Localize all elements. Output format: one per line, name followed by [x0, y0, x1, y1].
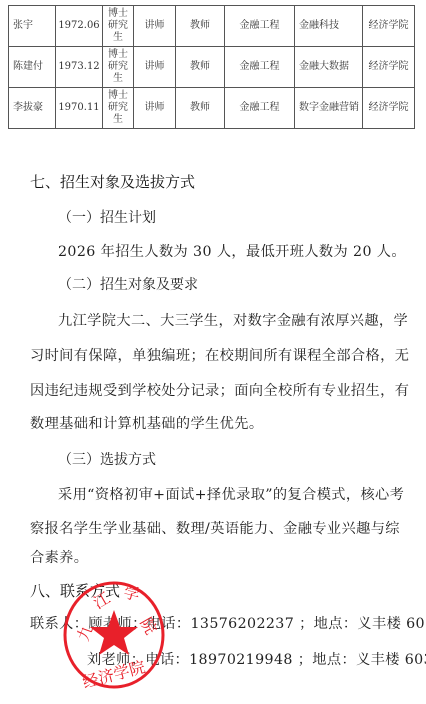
sub3-line: 察报名学生学业基础、数理/英语能力、金融专业兴趣与综: [30, 518, 400, 538]
cell-major: 金融工程: [225, 6, 295, 47]
cell-major: 金融工程: [225, 88, 295, 129]
cell-name: 陈建付: [9, 47, 56, 88]
star-icon: [90, 610, 138, 655]
cell-birth: 1973.12: [56, 47, 103, 88]
sub3-heading: （三）选拔方式: [58, 449, 156, 469]
cell-course: 金融科技: [295, 6, 363, 47]
faculty-table: 张宇 1972.06 博士研究生 讲师 教师 金融工程 金融科技 经济学院 陈建…: [8, 5, 415, 129]
cell-position: 教师: [176, 6, 225, 47]
sub3-line: 合素养。: [30, 547, 88, 567]
cell-degree: 博士研究生: [103, 47, 134, 88]
cell-position: 教师: [176, 88, 225, 129]
svg-text:院: 院: [136, 614, 160, 637]
table-row: 陈建付 1973.12 博士研究生 讲师 教师 金融工程 金融大数据 经济学院: [9, 47, 415, 88]
cell-major: 金融工程: [225, 47, 295, 88]
cell-degree: 博士研究生: [103, 88, 134, 129]
cell-title: 讲师: [134, 47, 176, 88]
cell-course: 数字金融营销: [295, 88, 363, 129]
section7-heading: 七、招生对象及选拔方式: [30, 171, 195, 192]
sub1-heading: （一）招生计划: [58, 207, 156, 227]
cell-position: 教师: [176, 47, 225, 88]
sub2-line: 数理基础和计算机基础的学生优先。: [30, 413, 263, 433]
cell-name: 李拔豪: [9, 88, 56, 129]
cell-name: 张宇: [9, 6, 56, 47]
cell-title: 讲师: [134, 88, 176, 129]
sub1-text: 2026 年招生人数为 30 人，最低开班人数为 20 人。: [58, 241, 406, 261]
cell-title: 讲师: [134, 6, 176, 47]
cell-unit: 经济学院: [363, 88, 415, 129]
cell-unit: 经济学院: [363, 6, 415, 47]
sub3-line: 采用“资格初审+面试+择优录取”的复合模式，核心考: [58, 484, 404, 504]
table-row: 张宇 1972.06 博士研究生 讲师 教师 金融工程 金融科技 经济学院: [9, 6, 415, 47]
sub2-line: 九江学院大二、大三学生，对数字金融有浓厚兴趣，学: [58, 310, 408, 330]
svg-text:经济学院: 经济学院: [80, 657, 147, 690]
svg-text:学: 学: [122, 582, 142, 604]
cell-birth: 1972.06: [56, 6, 103, 47]
svg-text:九: 九: [74, 622, 97, 644]
svg-text:江: 江: [90, 588, 113, 612]
cell-unit: 经济学院: [363, 47, 415, 88]
college-seal-stamp: 经济学院 九 江 学 院: [62, 580, 166, 690]
sub2-heading: （二）招生对象及要求: [58, 274, 198, 294]
cell-course: 金融大数据: [295, 47, 363, 88]
cell-degree: 博士研究生: [103, 6, 134, 47]
sub2-line: 习时间有保障，单独编班；在校期间所有课程全部合格，无: [30, 345, 409, 365]
table-row: 李拔豪 1970.11 博士研究生 讲师 教师 金融工程 数字金融营销 经济学院: [9, 88, 415, 129]
cell-birth: 1970.11: [56, 88, 103, 129]
sub2-line: 因违纪违规受到学校处分记录；面向全校所有专业招生，有: [30, 380, 409, 400]
